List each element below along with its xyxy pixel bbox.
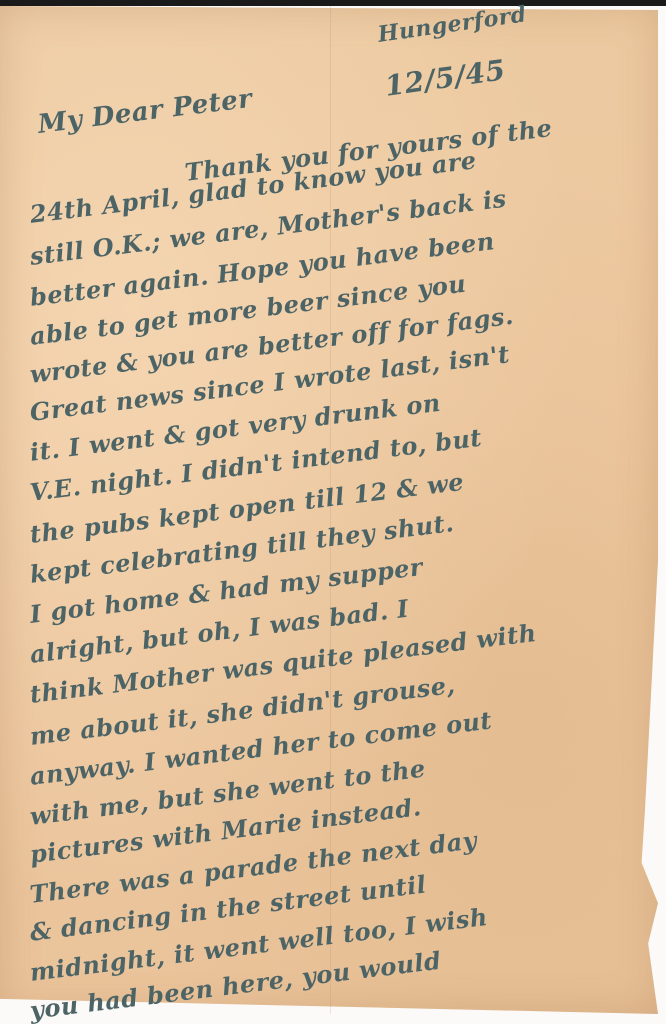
scan-top-border xyxy=(0,0,666,6)
